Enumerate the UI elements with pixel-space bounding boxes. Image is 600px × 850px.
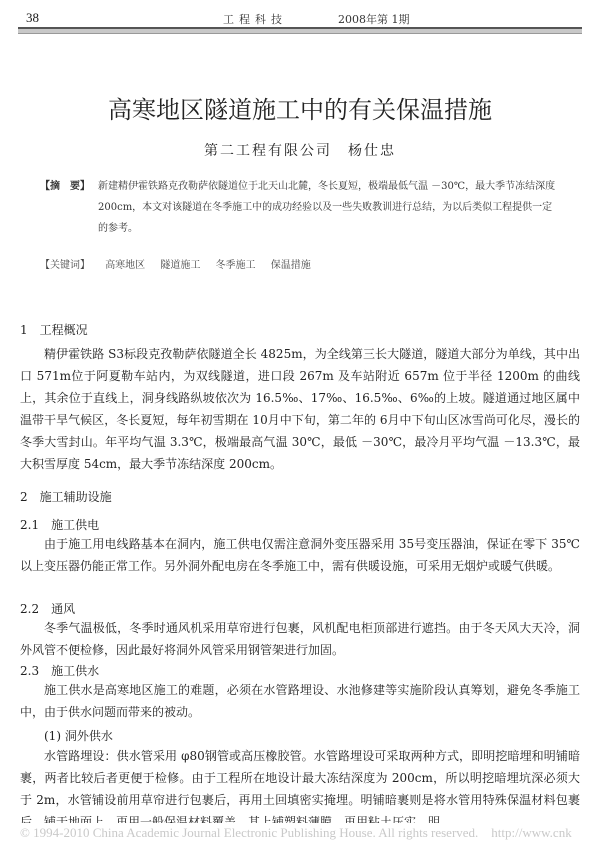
section-heading-2: 2 施工辅助设施 bbox=[20, 488, 112, 505]
issue-label: 2008年第 1期 bbox=[338, 11, 410, 27]
section-2-1-paragraph: 由于施工用电线路基本在洞内，施工供电仅需注意洞外变压器采用 35号变压器油，保证… bbox=[20, 533, 580, 577]
keyword: 高寒地区 bbox=[105, 260, 145, 271]
section-heading-2-1: 2.1 施工供电 bbox=[20, 516, 99, 533]
section-heading-2-3: 2.3 施工供水 bbox=[20, 662, 99, 679]
copyright-footer: © 1994-2010 China Academic Journal Elect… bbox=[20, 822, 572, 841]
section-1-paragraph: 精伊霍铁路 S3标段克孜勒萨依隧道全长 4825m，为全线第三长大隧道，隧道大部… bbox=[20, 343, 580, 475]
abstract-text: 新建精伊霍铁路克孜勒萨依隧道位于北天山北麓，冬长夏短，极端最低气温 －30℃，最… bbox=[98, 176, 560, 239]
keyword: 保温措施 bbox=[271, 260, 311, 271]
header-rule bbox=[18, 27, 582, 34]
keyword: 隧道施工 bbox=[160, 260, 200, 271]
keyword: 冬季施工 bbox=[216, 260, 256, 271]
subsection-heading-1: (1) 洞外供水 bbox=[44, 727, 113, 744]
section-2-2-paragraph: 冬季气温极低，冬季时通风机采用草帘进行包裹，风机配电柜顶部进行遮挡。由于冬天风大… bbox=[20, 617, 580, 661]
author-line: 第二工程有限公司 杨仕忠 bbox=[0, 140, 600, 160]
journal-name: 工程科技 bbox=[223, 11, 287, 27]
keywords: 【关键词】 高寒地区 隧道施工 冬季施工 保温措施 bbox=[40, 256, 323, 271]
abstract: 【摘 要】 新建精伊霍铁路克孜勒萨依隧道位于北天山北麓，冬长夏短，极端最低气温 … bbox=[40, 176, 560, 239]
article-title: 高寒地区隧道施工中的有关保温措施 bbox=[0, 90, 600, 125]
section-2-3-paragraph: 施工供水是高寒地区施工的难题，必须在水管路埋设、水池修建等实施阶段认真筹划，避免… bbox=[20, 679, 580, 723]
keywords-label: 【关键词】 bbox=[40, 260, 90, 271]
subsection-1-paragraph: 水管路埋设：供水管采用 φ80钢管或高压橡胶管。水管路埋设可采取两种方式，即明挖… bbox=[20, 745, 580, 823]
section-heading-2-2: 2.2 通风 bbox=[20, 600, 75, 617]
page-number: 38 bbox=[26, 10, 39, 26]
section-heading-1: 1 工程概况 bbox=[20, 321, 88, 338]
abstract-label: 【摘 要】 bbox=[40, 176, 98, 197]
